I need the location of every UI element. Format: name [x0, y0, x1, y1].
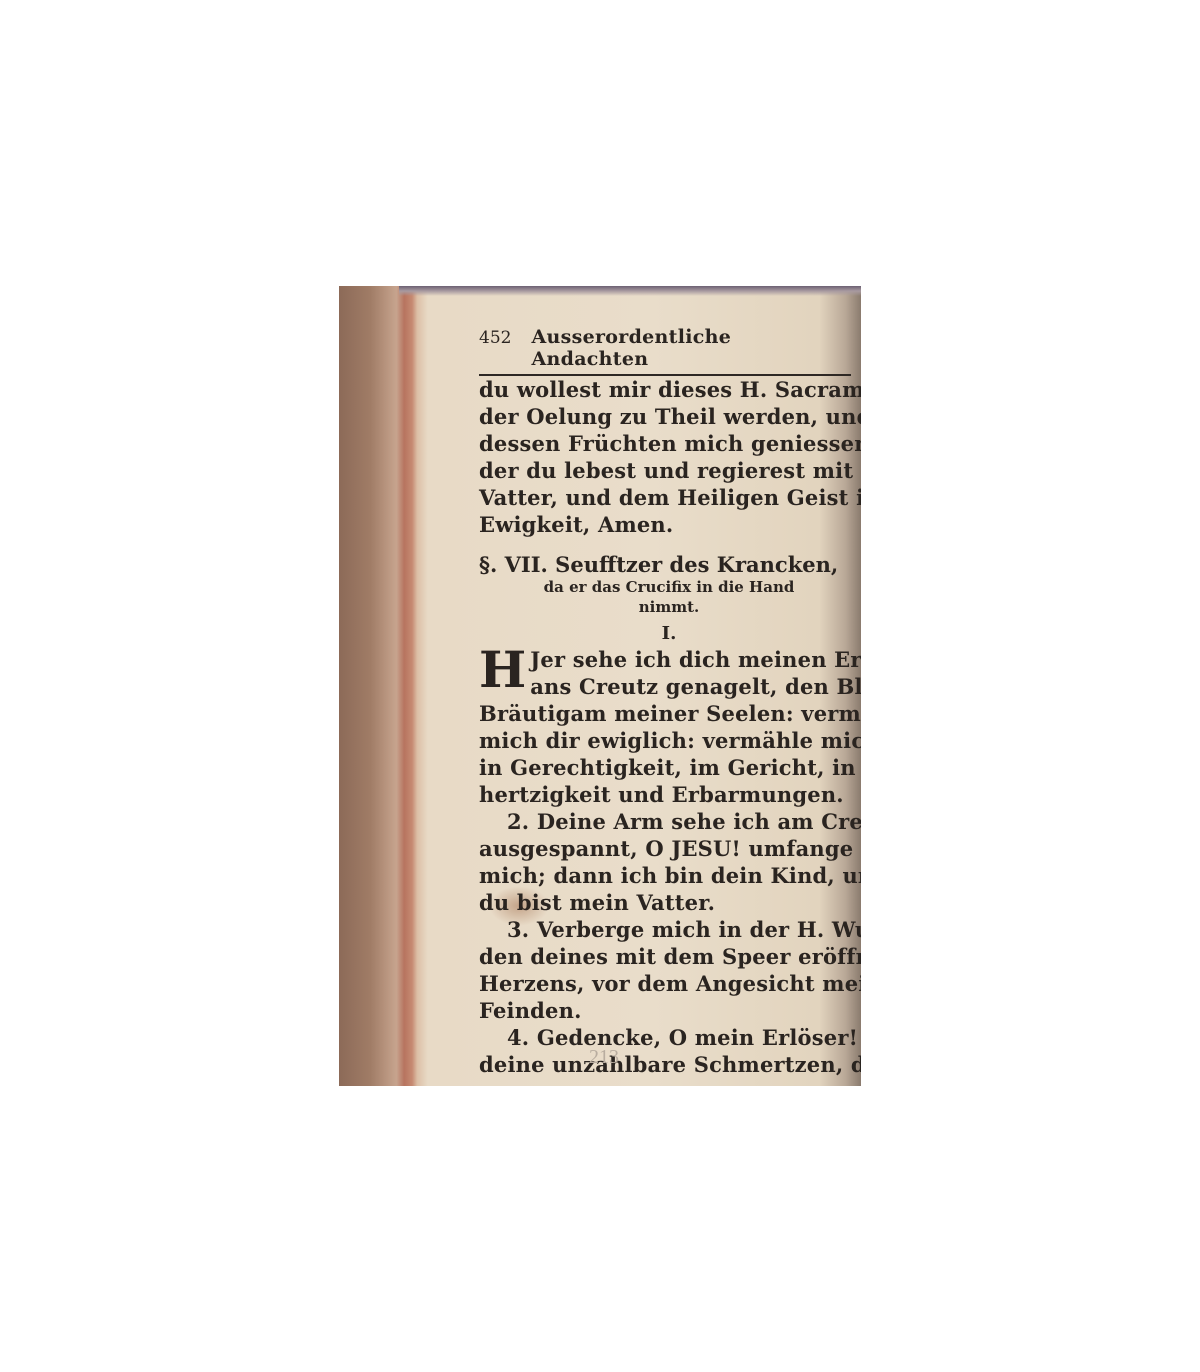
text-line: dessen Früchten mich geniessen lassen: [479, 430, 859, 457]
verse-numeral: I. [479, 623, 859, 644]
verse-2: 2. Deine Arm sehe ich am Creutz ausgespa… [479, 808, 859, 916]
section-heading: §. VII. Seufftzer des Krancken, da er da… [479, 552, 859, 644]
text-line: Vatter, und dem Heiligen Geist in [479, 484, 859, 511]
verse-1: H Jer sehe ich dich meinen Erlöser ans C… [479, 646, 859, 808]
section-subtitle: nimmt. [479, 597, 859, 617]
text-line: in Gerechtigkeit, im Gericht, in Barm- [479, 754, 859, 781]
book-page: 452 Ausserordentliche Andachten du wolle… [479, 326, 859, 1066]
text-line: mich dir ewiglich: vermähle mich dir [479, 727, 859, 754]
text-line: mich; dann ich bin dein Kind, und [479, 862, 859, 889]
text-line: den deines mit dem Speer eröffneten [479, 943, 859, 970]
text-line: Jer sehe ich dich meinen Erlöser [479, 646, 859, 673]
prayer-ending: du wollest mir dieses H. Sacrament der O… [479, 376, 859, 538]
text-line: ans Creutz genagelt, den Blut- [479, 673, 859, 700]
text-line: Herzens, vor dem Angesicht meiner [479, 970, 859, 997]
verse-4: 4. Gedencke, O mein Erlöser! an deine un… [479, 1024, 859, 1078]
text-line: deine unzahlbare Schmertzen, die du [479, 1051, 859, 1078]
text-line: 2. Deine Arm sehe ich am Creutz [479, 808, 859, 835]
verse-3: 3. Verberge mich in der H. Wun- den dein… [479, 916, 859, 1024]
running-header: 452 Ausserordentliche Andachten [479, 326, 851, 376]
book-page-photo: 452 Ausserordentliche Andachten du wolle… [339, 286, 861, 1086]
text-line: 3. Verberge mich in der H. Wun- [479, 916, 859, 943]
text-line: 4. Gedencke, O mein Erlöser! an [479, 1024, 859, 1051]
section-title: §. VII. Seufftzer des Krancken, [479, 552, 859, 577]
text-line: ausgespannt, O JESU! umfange [479, 835, 859, 862]
text-line: Ewigkeit, Amen. [479, 511, 859, 538]
text-line: du wollest mir dieses H. Sacrament [479, 376, 859, 403]
text-line: der du lebest und regierest mit dem [479, 457, 859, 484]
text-line: hertzigkeit und Erbarmungen. [479, 781, 859, 808]
bleed-through-text: 213 [589, 1046, 619, 1069]
text-line: der Oelung zu Theil werden, und [479, 403, 859, 430]
page-number: 452 [479, 328, 511, 348]
text-line: Feinden. [479, 997, 859, 1024]
text-line: Bräutigam meiner Seelen: vermähle [479, 700, 859, 727]
drop-cap-initial: H [479, 646, 526, 694]
page-top-shadow [399, 286, 861, 296]
running-head-title: Ausserordentliche Andachten [531, 326, 851, 370]
text-line: du bist mein Vatter. [479, 889, 859, 916]
section-subtitle: da er das Crucifix in die Hand [479, 577, 859, 597]
